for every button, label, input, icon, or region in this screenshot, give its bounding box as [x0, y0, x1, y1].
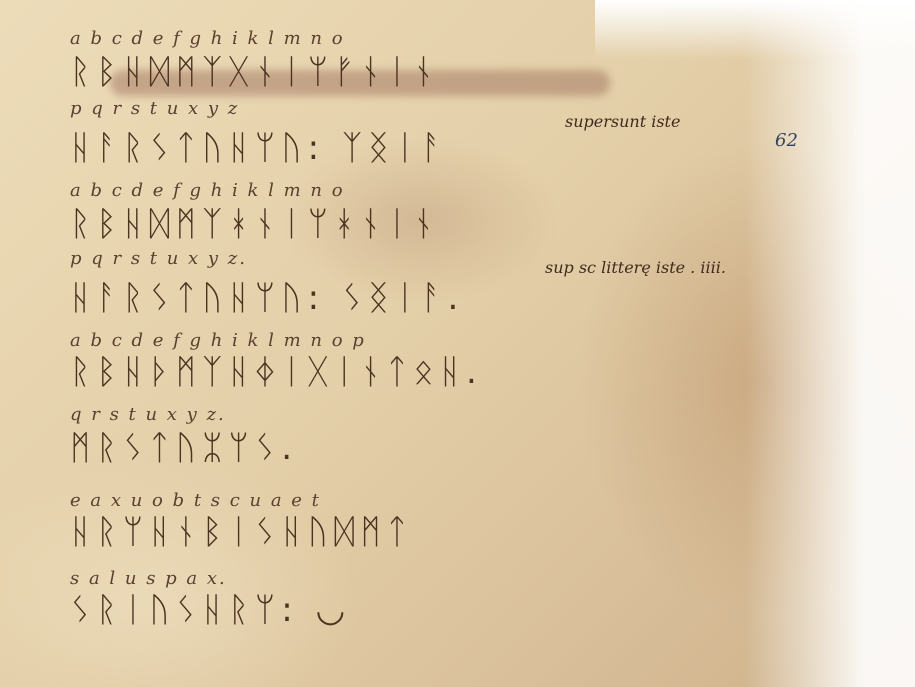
- annotation-1: supersunt iste: [565, 112, 680, 131]
- torn-top-edge: [595, 0, 915, 60]
- rune-row-2: ᚺᚨᚱᛊᛏᚢᚺᛘᚢ: ᛉᛝᛁᚨ: [70, 128, 447, 168]
- rune-row-1: ᚱᛒᚺᛞᛗᛉᚷᚾᛁᛘᚠᚾᛁᚾ: [70, 52, 440, 92]
- rune-row-8: ᛊᚱᛁᚢᛊᚺᚱᛘ: ◡: [70, 590, 351, 630]
- annotation-2: sup sc litterę iste . iiii.: [545, 258, 726, 277]
- latin-gloss-row-3: a b c d e f g h i k l m n o: [70, 180, 345, 201]
- latin-gloss-row-2: p q r s t u x y z: [70, 98, 239, 119]
- rune-row-4: ᚺᚨᚱᛊᛏᚢᚺᛘᚢ: ᛊᛝᛁᚨ.: [70, 278, 464, 318]
- rune-row-6: ᛗᚱᛊᛏᚢᛯᛘᛊ.: [70, 428, 298, 468]
- rune-row-7: ᚺᚱᛘᚺᚾᛒᛁᛊᚺᚢᛞᛗᛏ: [70, 512, 413, 552]
- manuscript-page: a b c d e f g h i k l m n o ᚱᛒᚺᛞᛗᛉᚷᚾᛁᛘᚠᚾ…: [0, 0, 915, 687]
- latin-gloss-row-5: a b c d e f g h i k l m n o p: [70, 330, 366, 351]
- latin-gloss-row-6: q r s t u x y z.: [70, 404, 226, 425]
- latin-gloss-row-8: s a l u s p a x.: [70, 568, 227, 589]
- latin-gloss-row-7: e a x u o b t s c u a e t: [70, 490, 321, 511]
- latin-gloss-row-4: p q r s t u x y z.: [70, 248, 247, 269]
- torn-edge: [745, 0, 915, 687]
- folio-number: 62: [775, 130, 798, 151]
- latin-gloss-row-1: a b c d e f g h i k l m n o: [70, 28, 345, 49]
- rune-row-3: ᚱᛒᚺᛞᛗᛉᚼᚾᛁᛘᚼᚾᛁᚾ: [70, 204, 440, 244]
- rune-row-5: ᚱᛒᚺᚦᛗᛉᚺᛄᛁᚷᛁᚾᛏᛟᚺ.: [70, 352, 483, 392]
